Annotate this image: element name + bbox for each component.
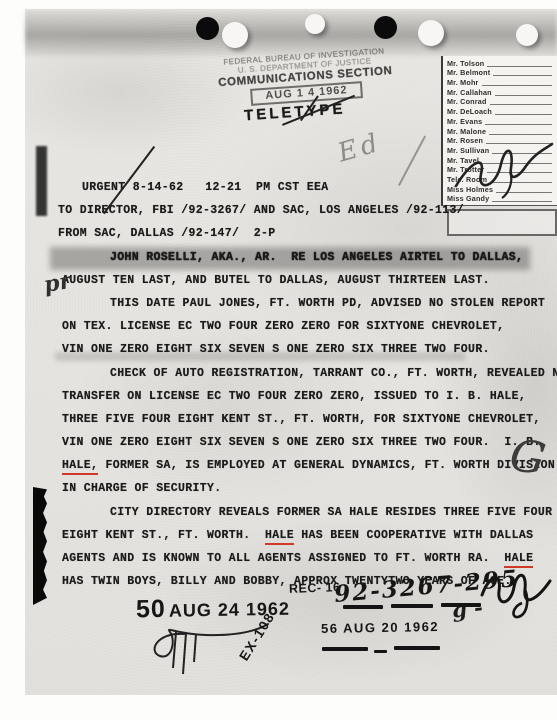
teletype-line: CITY DIRECTORY REVEALS FORMER SA HALE RE… — [58, 501, 550, 524]
teletype-line: IN CHARGE OF SECURITY. — [58, 477, 550, 500]
teletype-line: THIS DATE PAUL JONES, FT. WORTH PD, ADVI… — [58, 292, 550, 315]
red-underlined-text: HALE, — [62, 459, 98, 475]
red-underlined-text: HALE — [265, 529, 294, 545]
film-edge-artifact — [36, 146, 47, 216]
teletype-line: FROM SAC, DALLAS /92-147/ 2-P — [58, 222, 550, 245]
stamp-dash — [394, 646, 440, 650]
teletype-line: THREE FIVE FOUR EIGHT KENT ST., FT. WORT… — [58, 408, 550, 431]
routing-item: Mr. Malone — [447, 126, 555, 136]
teletype-line: HALE, FORMER SA, IS EMPLOYED AT GENERAL … — [58, 454, 550, 477]
routing-item: Mr. Belmont — [447, 68, 555, 78]
stamp-dash — [322, 647, 368, 651]
teletype-line: EIGHT KENT ST., FT. WORTH. HALE HAS BEEN… — [58, 524, 550, 547]
punch-hole — [196, 17, 219, 40]
teletype-line: AGENTS AND IS KNOWN TO ALL AGENTS ASSIGN… — [58, 547, 550, 570]
received-prefix: 50 — [136, 595, 166, 625]
scan-white-spot — [418, 20, 444, 46]
document-scan: FEDERAL BUREAU OF INVESTIGATION U. S. DE… — [0, 0, 557, 720]
ink-underline — [343, 605, 383, 609]
teletype-line: TRANSFER ON LICENSE EC TWO FOUR ZERO ZER… — [58, 385, 550, 408]
routing-item: Mr. Tolson — [447, 58, 555, 68]
teletype-line: TO DIRECTOR, FBI /92-3267/ AND SAC, LOS … — [58, 199, 550, 222]
teletype-line: VIN ONE ZERO EIGHT SIX SEVEN S ONE ZERO … — [58, 431, 550, 454]
handwritten-margin-note: pr — [42, 268, 73, 298]
routing-item: Mr. Mohr — [447, 77, 555, 87]
teletype-line: CHECK OF AUTO REGISTRATION, TARRANT CO.,… — [58, 362, 550, 385]
routing-item: Mr. Evans — [447, 116, 555, 126]
ink-underline — [441, 603, 481, 607]
teletype-body: URGENT 8-14-62 12-21 PM CST EEATO DIRECT… — [58, 176, 550, 593]
teletype-line: JOHN ROSELLI, AKA., AR. RE LOS ANGELES A… — [58, 246, 550, 269]
rec-stamp: REC- 16 — [289, 580, 341, 596]
teletype-line: ON TEX. LICENSE EC TWO FOUR ZERO ZERO FO… — [58, 315, 550, 338]
teletype-line: URGENT 8-14-62 12-21 PM CST EEA — [58, 176, 550, 199]
scan-white-spot — [222, 22, 248, 48]
stamp-dash — [374, 650, 387, 653]
routing-item: Mr. DeLoach — [447, 106, 555, 116]
routing-item: Mr. Conrad — [447, 97, 555, 107]
teletype-line: VIN ONE ZERO EIGHT SIX SEVEN S ONE ZERO … — [58, 338, 550, 361]
signature-scribble — [478, 563, 557, 619]
second-date-stamp: 56 AUG 20 1962 — [321, 619, 439, 636]
ink-underline — [391, 604, 433, 608]
scan-white-spot — [305, 14, 325, 34]
scan-white-spot — [516, 24, 538, 46]
punch-hole — [374, 16, 397, 39]
teletype-line: AUGUST TEN LAST, AND BUTEL TO DALLAS, AU… — [58, 269, 550, 292]
routing-item: Mr. Callahan — [447, 87, 555, 97]
